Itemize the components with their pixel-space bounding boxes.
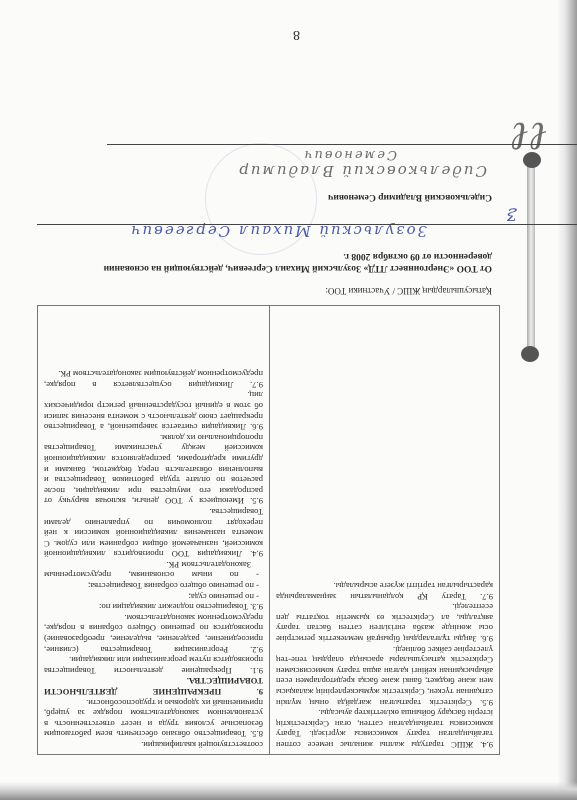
clause-paragraph: 9.6. Заңды тұлғалардың бірыңғай мемлекет… xyxy=(276,602,493,644)
signature-sidelkovsky-2: Семенович xyxy=(302,147,397,162)
clause-paragraph: 9.4. ЖШС таратуды жалпы жиналыс немесе с… xyxy=(276,708,493,750)
clause-paragraph: 9.2. Реорганизация Товарищества (слияние… xyxy=(44,612,263,654)
kazakh-column: 9.4. ЖШС таратуды жалпы жиналыс немесе с… xyxy=(269,306,499,754)
document-page: 9.4. ЖШС таратуды жалпы жиналыс немесе с… xyxy=(0,0,577,800)
participants-label: Қатысушылардың ЖШС / Участники ТОО: xyxy=(325,286,492,296)
signature-sidelkovsky: Сидельковский Владимир xyxy=(237,162,487,180)
signature-mark-2: ℓℓ xyxy=(510,113,547,160)
clause-paragraph: - по решению общего собрания Товариществ… xyxy=(44,581,263,592)
binder-clip xyxy=(527,160,535,360)
scan-shadow-edge xyxy=(557,0,577,800)
russian-column: соответствующей квалификации.8.5. Товари… xyxy=(38,306,269,754)
clause-paragraph: 9.6. Ликвидация считается завершенной, а… xyxy=(44,390,263,432)
clause-paragraph: - по иным основаниям, предусмотренным За… xyxy=(44,559,263,580)
two-column-table: 9.4. ЖШС таратуды жалпы жиналыс немесе с… xyxy=(37,305,500,755)
signature-line-2 xyxy=(107,144,577,145)
clause-paragraph: 9.7. Тарату ҚР қолданылатын заңнамаларын… xyxy=(276,581,493,602)
clause-paragraph: 9.7. Ликвидация осуществляется в порядке… xyxy=(44,369,263,390)
clause-paragraph: 9.3. Товарищество подлежит ликвидации по… xyxy=(44,602,263,613)
section-heading: 9. ПРЕКРАЩЕНИЕ ДЕЯТЕЛЬНОСТИ ТОВАРИЩЕСТВА… xyxy=(44,676,263,697)
page-number: 8 xyxy=(293,26,300,42)
printed-name: Сидельковский Владимир Семенович xyxy=(328,192,492,202)
clause-paragraph: 8.5. Товарищество обязано обеспечить все… xyxy=(44,697,263,739)
clause-paragraph: 9.5. Серіктестік таратылған жағдайда оны… xyxy=(276,644,493,708)
clause-paragraph: 9.1. Прекращение деятельности Товарищест… xyxy=(44,655,263,676)
clause-paragraph: соответствующей квалификации. xyxy=(44,739,263,750)
scan-shadow-top xyxy=(0,782,577,800)
clause-paragraph: 9.4. Ликвидация ТОО производится ликвида… xyxy=(44,506,263,559)
clause-paragraph: - по решению суда; xyxy=(44,591,263,602)
clause-paragraph: 9.5. Имеющиеся у ТОО деньги, включая выр… xyxy=(44,432,263,506)
binder-knob-icon xyxy=(521,346,539,362)
signature-line-1 xyxy=(37,224,577,225)
